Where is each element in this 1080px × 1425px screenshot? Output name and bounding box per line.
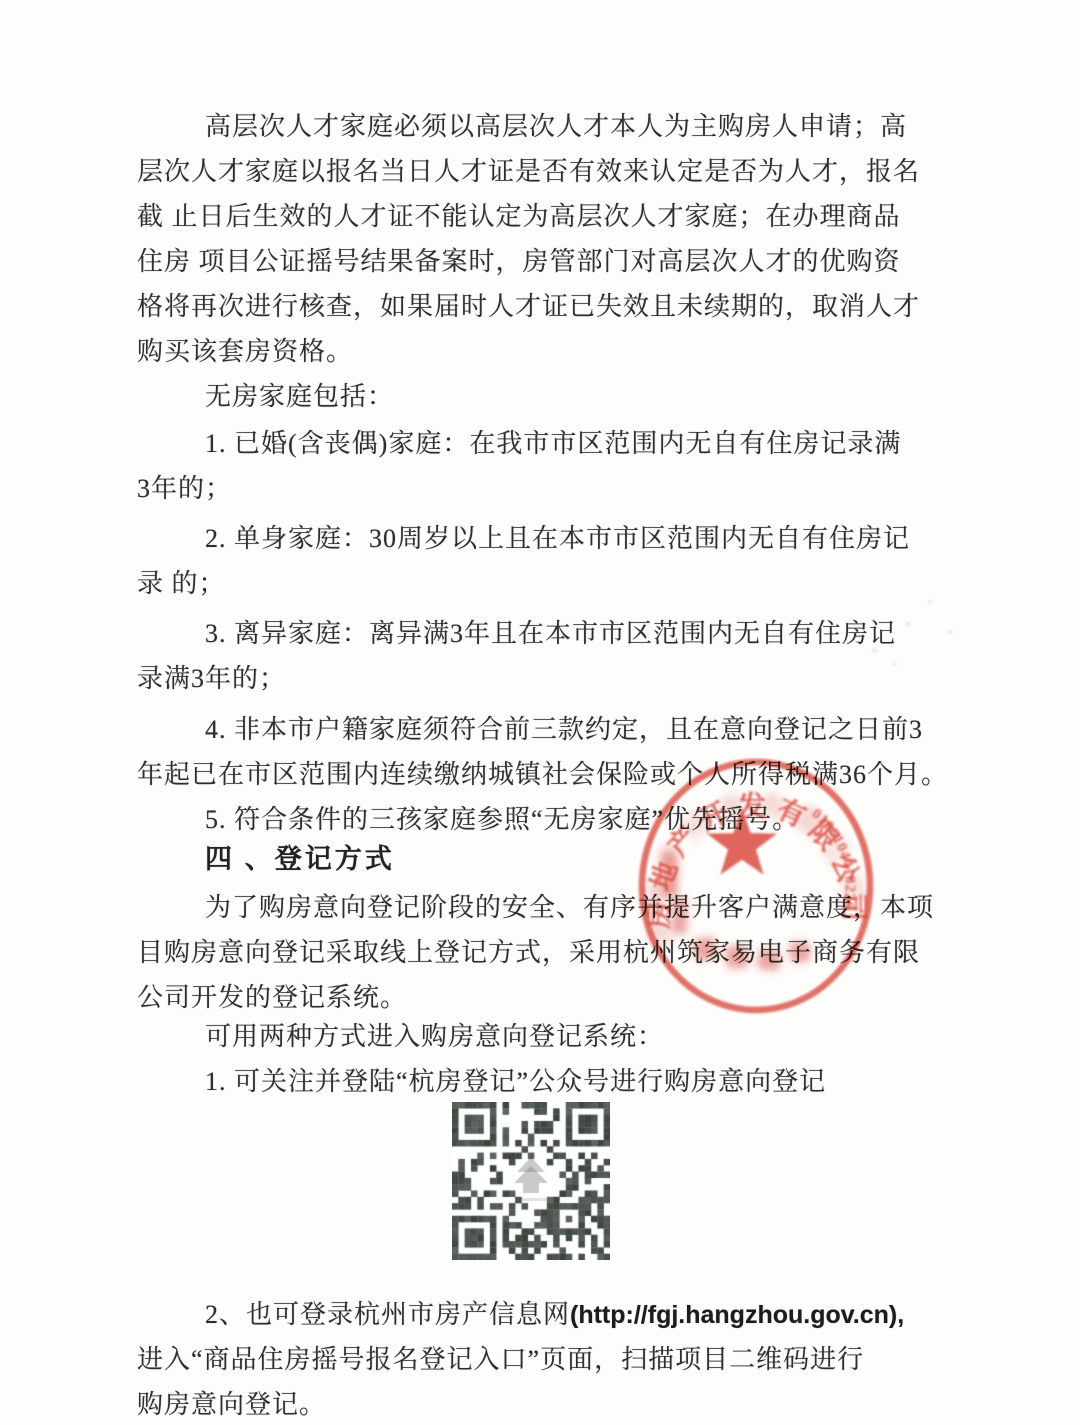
text-line: 购买该套房资格。	[137, 329, 963, 374]
qr-code-image	[452, 1102, 610, 1260]
scan-speck	[893, 663, 897, 666]
text-line: 格将再次进行核查，如果届时人才证已失效且未续期的，取消人才	[137, 284, 963, 329]
document-lines: 高层次人才家庭必须以高层次人才本人为主购房人申请；高层次人才家庭以报名当日人才证…	[137, 104, 963, 1104]
text-line: 3. 离异家庭：离异满3年且在本市市区范围内无自有住房记	[137, 611, 963, 656]
text-line: 录 的；	[137, 561, 963, 606]
scanned-document-page: 高层次人才家庭必须以高层次人才本人为主购房人申请；高层次人才家庭以报名当日人才证…	[0, 0, 1080, 1425]
text-line: 4. 非本市户籍家庭须符合前三款约定，且在意向登记之日前3	[137, 707, 963, 752]
scan-speck	[948, 630, 952, 634]
document-body: 高层次人才家庭必须以高层次人才本人为主购房人申请；高层次人才家庭以报名当日人才证…	[137, 104, 963, 1425]
text-line: 高层次人才家庭必须以高层次人才本人为主购房人申请；高	[137, 104, 963, 149]
text-line: 1. 已婚(含丧偶)家庭：在我市市区范围内无自有住房记录满	[137, 421, 963, 466]
text-line: 层次人才家庭以报名当日人才证是否有效来认定是否为人才，报名	[137, 149, 963, 194]
text-line: 目购房意向登记采取线上登记方式，采用杭州筑家易电子商务有限	[137, 930, 963, 975]
text-line: 购房意向登记。	[137, 1382, 963, 1425]
text-line: 可用两种方式进入购房意向登记系统：	[137, 1014, 963, 1059]
section-heading: 四 、登记方式	[137, 837, 963, 882]
text-line: 进入“商品住房摇号报名登记入口”页面，扫描项目二维码进行	[137, 1337, 963, 1382]
text-line: 3年的；	[137, 466, 963, 511]
text-line: 录满3年的；	[137, 656, 963, 701]
text-line: 2. 单身家庭：30周岁以上且在本市市区范围内无自有住房记	[137, 516, 963, 561]
qr-code	[452, 1102, 610, 1260]
scan-speck	[872, 648, 877, 653]
text-line: 2、也可登录杭州市房产信息网(http://fgj.hangzhou.gov.c…	[137, 1292, 963, 1337]
scan-speck	[905, 622, 910, 626]
text-line: 无房家庭包括：	[137, 374, 963, 419]
text-line: 1. 可关注并登陆“杭房登记”公众号进行购房意向登记	[137, 1059, 963, 1104]
website-url: (http://fgj.hangzhou.gov.cn),	[570, 1301, 904, 1329]
closing-text: 2、也可登录杭州市房产信息网	[205, 1300, 570, 1329]
scan-speck	[928, 600, 932, 604]
text-line: 为了购房意向登记阶段的安全、有序并提升客户满意度，本项	[137, 885, 963, 930]
text-line: 住房 项目公证摇号结果备案时，房管部门对高层次人才的优购资	[137, 239, 963, 284]
text-line: 5. 符合条件的三孩家庭参照“无房家庭”优先摇号。	[137, 797, 963, 842]
text-line: 年起已在市区范围内连续缴纳城镇社会保险或个人所得税满36个月。	[137, 752, 963, 797]
text-line: 截 止日后生效的人才证不能认定为高层次人才家庭；在办理商品	[137, 194, 963, 239]
